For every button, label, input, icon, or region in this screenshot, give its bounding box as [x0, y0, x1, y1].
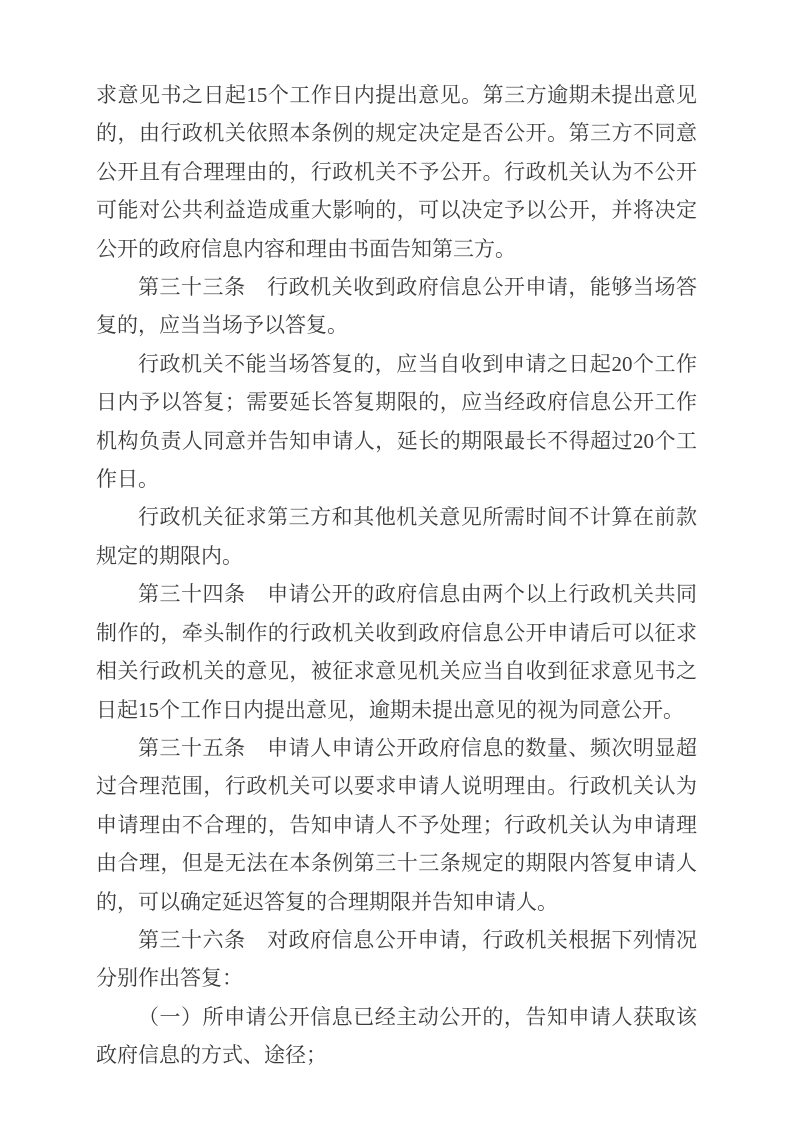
- document-body: 求意见书之日起15个工作日内提出意见。第三方逾期未提出意见的，由行政机关依照本条…: [96, 76, 697, 1075]
- article-33-paragraph-2: 行政机关不能当场答复的，应当自收到申请之日起20个工作日内予以答复；需要延长答复…: [96, 345, 697, 499]
- continuation-paragraph: 求意见书之日起15个工作日内提出意见。第三方逾期未提出意见的，由行政机关依照本条…: [96, 76, 697, 268]
- article-35-paragraph: 第三十五条 申请人申请公开政府信息的数量、频次明显超过合理范围，行政机关可以要求…: [96, 729, 697, 921]
- article-33-paragraph-1: 第三十三条 行政机关收到政府信息公开申请，能够当场答复的，应当当场予以答复。: [96, 268, 697, 345]
- article-34-paragraph: 第三十四条 申请公开的政府信息由两个以上行政机关共同制作的，牵头制作的行政机关收…: [96, 575, 697, 729]
- document-page: 求意见书之日起15个工作日内提出意见。第三方逾期未提出意见的，由行政机关依照本条…: [0, 0, 793, 1122]
- article-36-item-1-paragraph: （一）所申请公开信息已经主动公开的，告知申请人获取该政府信息的方式、途径；: [96, 998, 697, 1075]
- article-36-intro-paragraph: 第三十六条 对政府信息公开申请，行政机关根据下列情况分别作出答复：: [96, 921, 697, 998]
- article-33-paragraph-3: 行政机关征求第三方和其他机关意见所需时间不计算在前款规定的期限内。: [96, 498, 697, 575]
